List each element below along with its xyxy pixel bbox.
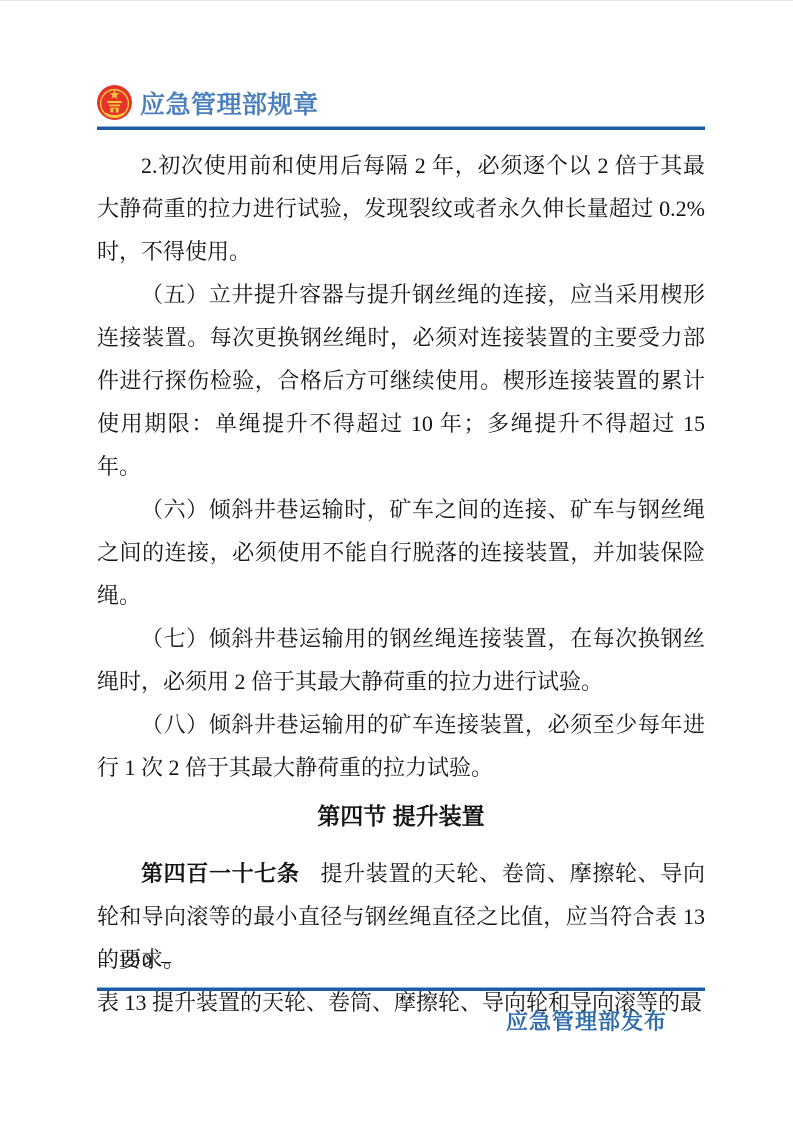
page-header: 应急管理部规章 — [96, 84, 319, 121]
document-page: 应急管理部规章 2.初次使用前和使用后每隔 2 年，必须逐个以 2 倍于其最大静… — [0, 0, 793, 1122]
page-number: – 190 – — [99, 950, 173, 973]
document-body: 2.初次使用前和使用后每隔 2 年，必须逐个以 2 倍于其最大静荷重的拉力进行试… — [97, 144, 705, 1024]
footer-rule — [97, 987, 705, 991]
paragraph-item-5: （五）立井提升容器与提升钢丝绳的连接，应当采用楔形连接装置。每次更换钢丝绳时，必… — [97, 273, 705, 488]
publisher-label: 应急管理部发布 — [506, 1005, 667, 1036]
china-national-emblem-icon — [96, 84, 133, 121]
article-number: 第四百一十七条 — [141, 861, 300, 886]
paragraph-rope-test: 2.初次使用前和使用后每隔 2 年，必须逐个以 2 倍于其最大静荷重的拉力进行试… — [97, 144, 705, 273]
paragraph-item-8: （八）倾斜井巷运输用的矿车连接装置，必须至少每年进行 1 次 2 倍于其最大静荷… — [97, 703, 705, 789]
header-rule — [97, 126, 705, 130]
document-category-title: 应急管理部规章 — [140, 85, 319, 121]
section-heading: 第四节 提升装置 — [97, 795, 705, 838]
paragraph-item-6: （六）倾斜井巷运输时，矿车之间的连接、矿车与钢丝绳之间的连接，必须使用不能自行脱… — [97, 488, 705, 617]
paragraph-article-417: 第四百一十七条提升装置的天轮、卷筒、摩擦轮、导向轮和导向滚等的最小直径与钢丝绳直… — [97, 852, 705, 981]
paragraph-item-7: （七）倾斜井巷运输用的钢丝绳连接装置，在每次换钢丝绳时，必须用 2 倍于其最大静… — [97, 617, 705, 703]
